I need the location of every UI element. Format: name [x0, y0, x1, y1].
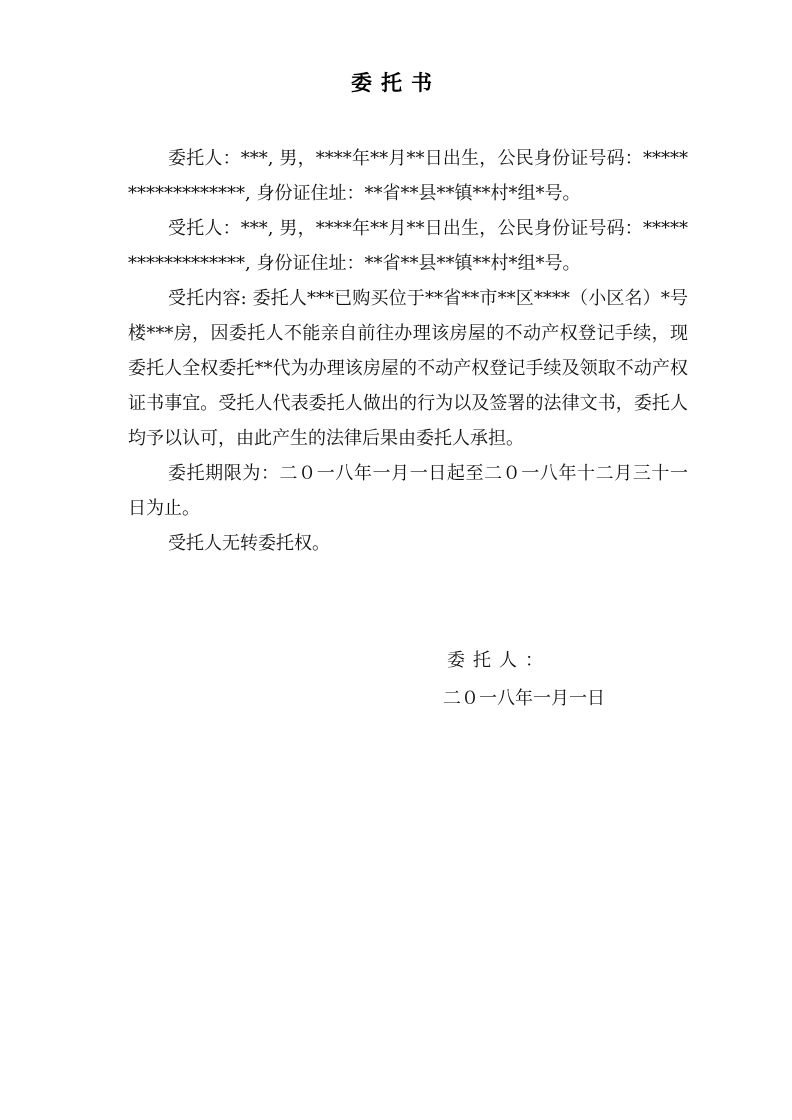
principal-info-paragraph: 委托人：***, 男，****年**月**日出生，公民身份证号码：*******… [128, 141, 688, 211]
entrusted-matters-paragraph: 受托内容: 委托人***已购买位于**省**市**区****（小区名）*号楼**… [128, 281, 688, 456]
signature-date: 二０一八年一月一日 [443, 681, 605, 717]
agent-info-paragraph: 受托人：***, 男，****年**月**日出生，公民身份证号码：*******… [128, 211, 688, 281]
document-title: 委托书 [0, 66, 792, 100]
signature-block: 委托人： 二０一八年一月一日 [443, 643, 605, 717]
entrustment-period-paragraph: 委托期限为：二０一八年一月一日起至二０一八年十二月三十一日为止。 [128, 456, 688, 526]
document-body: 委托人：***, 男，****年**月**日出生，公民身份证号码：*******… [128, 141, 688, 561]
document-page: 委托书 委托人：***, 男，****年**月**日出生，公民身份证号码：***… [0, 0, 792, 1120]
no-sub-delegation-paragraph: 受托人无转委托权。 [128, 526, 688, 561]
signature-label: 委托人： [443, 643, 605, 679]
